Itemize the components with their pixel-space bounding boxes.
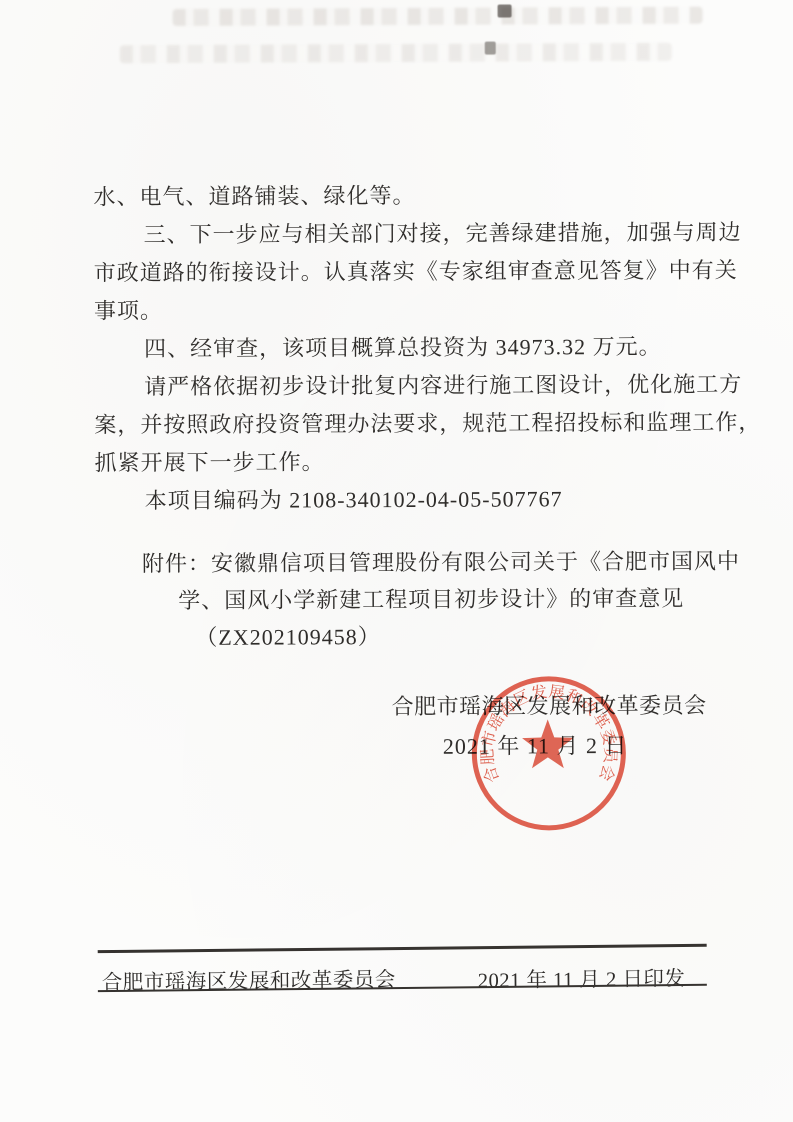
attachment-line: 学、国风小学新建工程项目初步设计》的审查意见 [178,584,684,616]
body-line project-code-line: 本项目编码为 2108-340102-04-05-507767 [145,484,563,524]
body-line: 抓紧开展下一步工作。 [95,447,325,486]
attachment-line: （ZX202109458） [195,622,380,653]
attachment-line: 附件：安徽鼎信项目管理股份有限公司关于《合肥市国风中 [142,547,740,580]
star-icon [522,719,574,768]
body-line: 案，并按照政府投资管理办法要求，规范工程招投标和监理工作， [94,407,761,448]
body-line: 四、经审查，该项目概算总投资为 34973.32 万元。 [144,332,662,372]
official-seal: 合肥市瑶海区发展和改革委员会 [458,663,641,850]
ink-smudge [498,4,512,17]
body-line: 事项。 [94,296,163,334]
body-line: 水、电气、道路铺装、绿化等。 [93,181,415,220]
body-line: 请严格依据初步设计批复内容进行施工图设计，优化施工方 [144,369,742,410]
bleed-through-line-2 [120,43,672,63]
body-line: 三、下一步应与相关部门对接，完善绿建措施，加强与周边 [144,217,742,258]
document-body: 水、电气、道路铺装、绿化等。 三、下一步应与相关部门对接，完善绿建措施，加强与周… [93,179,753,182]
footer-print-date: 2021 年 11 月 2 日印发 [478,961,686,993]
scanned-document-page: 水、电气、道路铺装、绿化等。 三、下一步应与相关部门对接，完善绿建措施，加强与周… [0,0,793,1122]
ink-smudge [485,42,496,55]
body-line: 市政道路的衔接设计。认真落实《专家组审查意见答复》中有关 [94,256,738,297]
bleed-through-line-1 [173,7,703,26]
footer-rule-top [98,944,707,953]
attachment-block: 附件：安徽鼎信项目管理股份有限公司关于《合肥市国风中 学、国风小学新建工程项目初… [95,547,735,550]
